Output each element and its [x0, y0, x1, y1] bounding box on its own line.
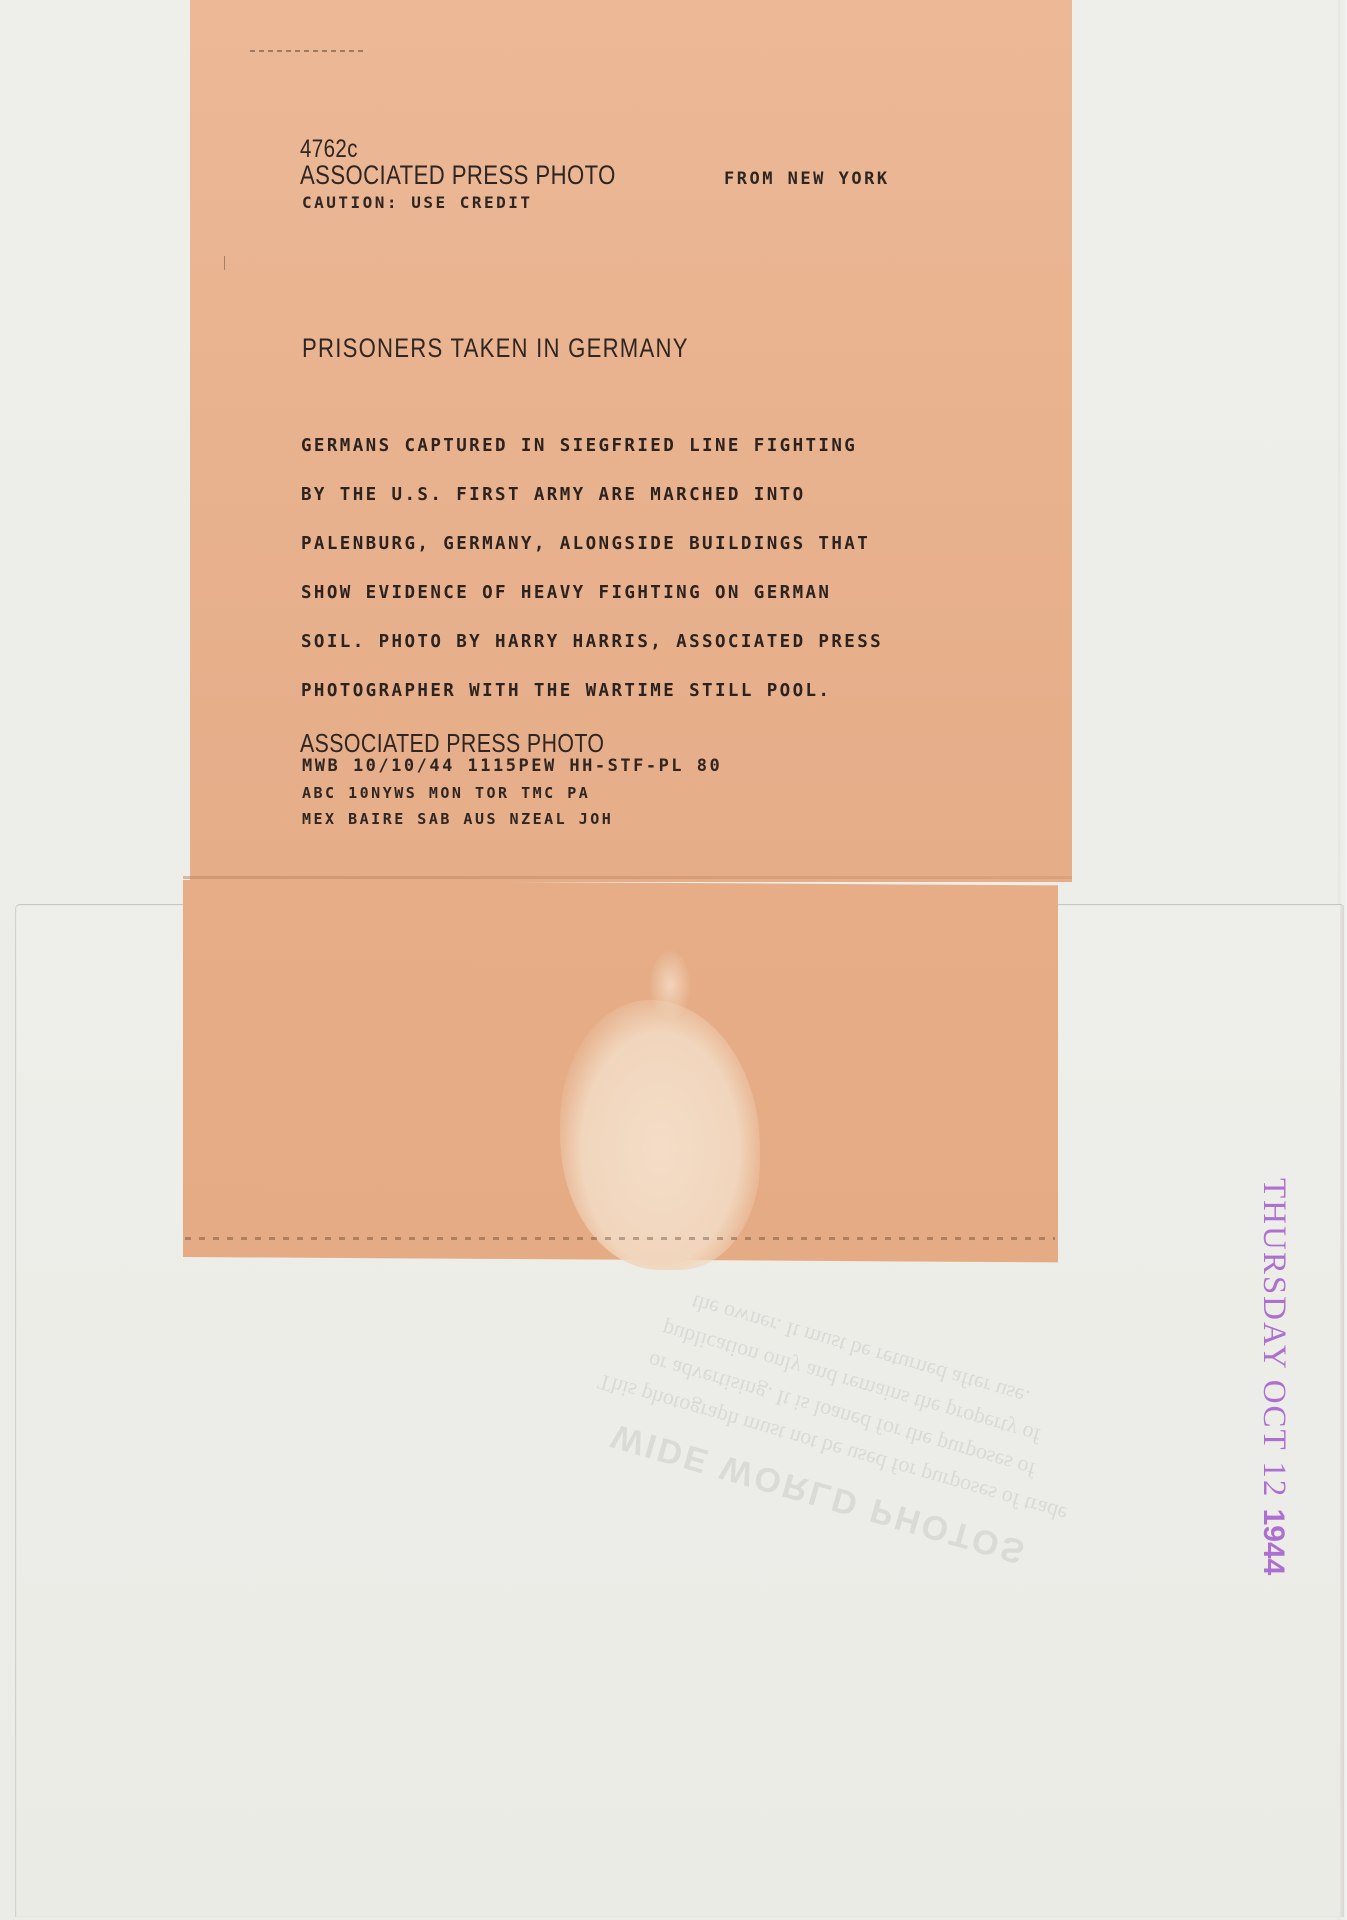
caption-torn-edge: [185, 1237, 1055, 1240]
caution-line: CAUTION: USE CREDIT: [302, 193, 533, 212]
ink-mark: [224, 256, 225, 270]
agency-line-footer: ASSOCIATED PRESS PHOTO: [300, 728, 604, 759]
caption-body-line: PALENBURG, GERMANY, ALONGSIDE BUILDINGS …: [301, 534, 870, 554]
stamp-year: 1944: [1257, 1509, 1290, 1576]
caption-body-line: SHOW EVIDENCE OF HEAVY FIGHTING ON GERMA…: [301, 583, 831, 603]
stamp-month-day: OCT 12: [1256, 1380, 1292, 1499]
card-right-edge: [1340, 905, 1344, 1917]
date-stamp: THURSDAY OCT 12 1944: [1255, 1178, 1292, 1575]
transmission-line: MWB 10/10/44 1115PEW HH-STF-PL 80: [302, 756, 722, 776]
caption-headline: PRISONERS TAKEN IN GERMANY: [302, 333, 689, 364]
ink-scratch: [250, 50, 365, 52]
distribution-line-2: MEX BAIRE SAB AUS NZEAL JOH: [302, 810, 613, 828]
stamp-day: THURSDAY: [1256, 1178, 1292, 1369]
dateline: FROM NEW YORK: [724, 169, 890, 189]
caption-body-line: PHOTOGRAPHER WITH THE WARTIME STILL POOL…: [301, 681, 831, 701]
agency-line-header: ASSOCIATED PRESS PHOTO: [300, 160, 616, 191]
distribution-line-1: ABC 10NYWS MON TOR TMC PA: [302, 784, 590, 802]
caption-fold-line: [183, 876, 1072, 879]
caption-body-line: BY THE U.S. FIRST ARMY ARE MARCHED INTO: [301, 485, 806, 505]
caption-body-line: SOIL. PHOTO BY HARRY HARRIS, ASSOCIATED …: [301, 632, 883, 652]
caption-body-line: GERMANS CAPTURED IN SIEGFRIED LINE FIGHT…: [301, 436, 857, 456]
